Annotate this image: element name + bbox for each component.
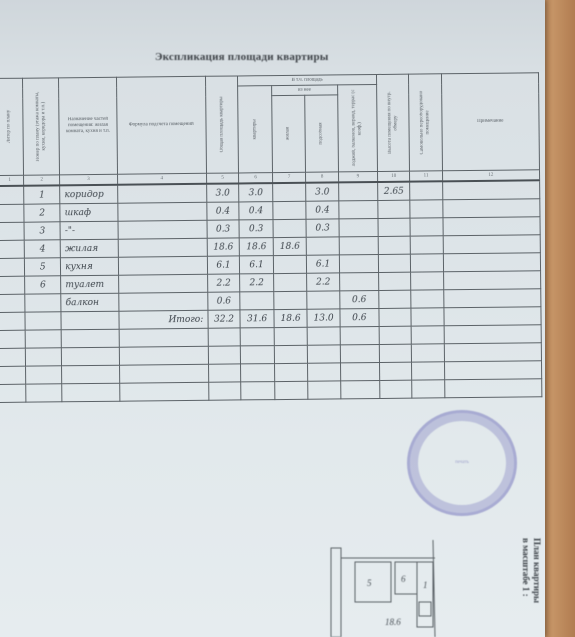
plan-caption: План квартиры в масштабе 1 :	[520, 538, 542, 603]
cell-flat-area: 6.1	[240, 256, 274, 274]
apartment-floor-plan: 5 6 1 18.6	[325, 540, 445, 637]
cell-total-area: 2.2	[207, 274, 240, 292]
cell-balcony-area	[339, 236, 378, 254]
svg-text:1: 1	[423, 580, 428, 590]
cell-room-number: 1	[24, 185, 60, 204]
document-page: Экспликация площади квартиры Литер по пл…	[0, 0, 545, 637]
header-height: Высота помещения по внутр. обмеру	[387, 84, 400, 162]
cell-balcony-area	[339, 218, 378, 236]
svg-text:18.6: 18.6	[385, 617, 401, 627]
cell-notes	[443, 235, 541, 254]
header-of-which: из нее	[272, 87, 337, 94]
cell-formula	[117, 184, 206, 203]
cell-room-name: -"-	[60, 221, 118, 240]
cell-flat-area	[240, 292, 274, 310]
header-total-area: Общая площадь квартиры	[219, 97, 226, 153]
totals-total: 32.2	[208, 310, 241, 328]
cell-room-height	[378, 200, 411, 218]
cell-formula	[118, 292, 207, 311]
cell-total-area: 3.0	[206, 183, 239, 202]
cell-unauthorized	[410, 200, 442, 218]
cell-litera	[0, 204, 24, 222]
cell-unauthorized	[411, 290, 443, 308]
cell-litera	[0, 186, 24, 205]
cell-room-name: кухня	[61, 257, 119, 276]
cell-notes	[443, 253, 541, 272]
official-stamp: печать	[407, 410, 517, 516]
cell-room-height	[378, 218, 411, 236]
cell-room-name: коридор	[60, 185, 118, 204]
svg-text:6: 6	[401, 574, 406, 584]
cell-litera	[0, 276, 25, 294]
cell-room-height	[378, 272, 411, 290]
cell-formula	[118, 238, 207, 257]
cell-room-height	[378, 254, 411, 272]
cell-room-height: 2.65	[377, 182, 410, 201]
cell-notes	[443, 271, 541, 290]
cell-living-area	[274, 291, 308, 309]
totals-balcony: 0.6	[340, 308, 379, 326]
cell-auxiliary-area: 0.4	[306, 201, 339, 219]
cell-room-number: 4	[24, 240, 60, 258]
header-notes: Примечание	[442, 118, 538, 125]
cell-unauthorized	[410, 218, 442, 236]
cell-litera	[0, 240, 25, 258]
totals-aux: 13.0	[307, 309, 340, 327]
cell-total-area: 18.6	[207, 238, 240, 256]
cell-flat-area: 18.6	[239, 238, 273, 256]
cell-flat-area: 0.4	[239, 202, 273, 220]
header-including-area: В т.ч. площадь	[238, 77, 376, 84]
cell-auxiliary-area: 3.0	[306, 182, 339, 201]
cell-room-name: шкаф	[60, 203, 118, 222]
cell-auxiliary-area: 0.3	[306, 219, 339, 237]
header-room-purpose: Назначение частей помещения: жилая комна…	[60, 117, 117, 136]
cell-living-area	[273, 219, 307, 237]
cell-room-number: 5	[25, 258, 61, 276]
cell-living-area	[272, 183, 306, 202]
cell-room-number: 3	[24, 222, 60, 240]
totals-living: 18.6	[274, 309, 308, 327]
cell-room-number: 2	[24, 204, 60, 222]
totals-flat: 31.6	[240, 310, 274, 328]
cell-unauthorized	[410, 181, 442, 200]
cell-total-area: 6.1	[207, 256, 240, 274]
cell-room-number: 6	[25, 276, 61, 294]
plan-scale: в масштабе 1 :	[521, 538, 531, 597]
cell-balcony-area	[339, 254, 378, 272]
cell-room-height	[379, 290, 412, 308]
cell-balcony-area: 0.6	[340, 290, 379, 308]
cell-total-area: 0.6	[208, 292, 241, 310]
cell-living-area: 18.6	[273, 237, 307, 255]
cell-notes	[442, 180, 540, 200]
header-living-area: жилая	[286, 127, 292, 140]
cell-litera	[0, 222, 24, 240]
cell-flat-area: 0.3	[239, 220, 273, 238]
cell-living-area	[273, 255, 307, 273]
cell-balcony-area	[339, 272, 378, 290]
cell-unauthorized	[411, 272, 443, 290]
cell-room-number	[25, 294, 61, 312]
header-flat-area: квартиры	[252, 119, 258, 139]
cell-auxiliary-area	[306, 237, 339, 255]
header-balcony-area: лоджий, балконов, веранд, террас (с коэф…	[351, 89, 364, 167]
cell-flat-area: 3.0	[239, 183, 273, 202]
header-litera: Литер по плану	[6, 110, 12, 143]
cell-notes	[443, 217, 541, 236]
svg-text:5: 5	[367, 578, 372, 588]
plan-title: План квартиры	[532, 538, 542, 603]
totals-label: Итого:	[119, 310, 208, 329]
cell-flat-area: 2.2	[240, 274, 274, 292]
cell-living-area	[273, 273, 307, 291]
document-title: Экспликация площади квартиры	[155, 51, 329, 63]
cell-formula	[118, 274, 207, 293]
cell-formula	[118, 202, 207, 221]
cell-living-area	[273, 201, 307, 219]
header-room-number: Номер по плану (этажа комнаты, кухни, ко…	[35, 87, 48, 165]
cell-auxiliary-area: 6.1	[307, 255, 340, 273]
header-unauthorized: Самовольно переоборудовано помещение	[419, 83, 432, 161]
cell-room-name: балкон	[61, 293, 119, 312]
cell-formula	[118, 256, 207, 275]
cell-litera	[0, 294, 25, 312]
header-formula: Формула подсчета помещений	[117, 122, 205, 129]
cell-notes	[443, 289, 541, 308]
cell-unauthorized	[411, 254, 443, 272]
cell-unauthorized	[411, 236, 443, 254]
explication-table: Литер по плану Номер по плану (этажа ком…	[0, 72, 542, 403]
cell-total-area: 0.4	[207, 202, 240, 220]
cell-balcony-area	[339, 200, 378, 218]
cell-auxiliary-area	[307, 291, 340, 309]
cell-litera	[0, 258, 25, 276]
header-auxiliary-area: подсобная	[319, 123, 325, 145]
cell-formula	[118, 220, 207, 239]
cell-balcony-area	[338, 182, 377, 201]
cell-auxiliary-area: 2.2	[307, 273, 340, 291]
cell-total-area: 0.3	[207, 220, 240, 238]
cell-room-name: туалет	[61, 275, 119, 294]
cell-notes	[442, 199, 540, 218]
cell-room-name: жилая	[60, 239, 118, 258]
cell-room-height	[378, 236, 411, 254]
